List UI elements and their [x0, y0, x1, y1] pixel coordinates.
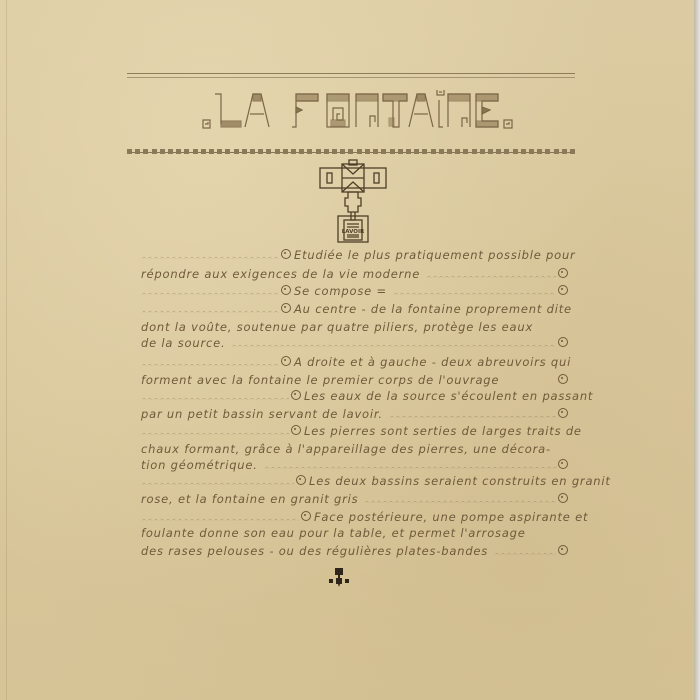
- wavy-trailer: [494, 549, 556, 555]
- wavy-leader: [141, 253, 279, 259]
- top-rule-upper: [127, 73, 575, 74]
- line-text: foulante donne son eau pour la table, et…: [141, 526, 526, 540]
- text-line: Face postérieure, une pompe aspirante et: [141, 508, 571, 524]
- dotted-divider: [127, 147, 575, 155]
- line-text: répondre aux exigences de la vie moderne: [141, 267, 420, 281]
- text-line: tion géométrique.: [141, 456, 571, 472]
- line-text: par un petit bassin servant de lavoir.: [141, 407, 383, 421]
- line-text: Les pierres sont serties de larges trait…: [304, 424, 582, 438]
- wavy-leader: [141, 360, 279, 366]
- text-line: Au centre - de la fontaine proprement di…: [141, 300, 571, 316]
- line-text: Les deux bassins seraient construits en …: [309, 474, 611, 488]
- text-line: des rases pelouses - ou des régulières p…: [141, 542, 571, 558]
- text-line: chaux formant, grâce à l'appareillage de…: [141, 440, 571, 456]
- divider-dots: [127, 149, 575, 154]
- page-title: LA FONTAINE: [200, 90, 545, 135]
- paper-right-edge: [694, 0, 700, 700]
- line-text: A droite et à gauche - deux abreuvoirs q…: [294, 355, 571, 369]
- spiral-flourish-icon: [558, 337, 568, 347]
- text-line: Les pierres sont serties de larges trait…: [141, 422, 571, 438]
- text-line: foulante donne son eau pour la table, et…: [141, 524, 571, 540]
- spiral-flourish-icon: [558, 545, 568, 555]
- fountain-plan-emblem: LAVOIR: [318, 158, 388, 243]
- line-text: Au centre - de la fontaine proprement di…: [294, 302, 572, 316]
- text-line: dont la voûte, soutenue par quatre pilie…: [141, 318, 571, 334]
- wavy-trailer: [364, 497, 556, 503]
- wavy-trailer: [389, 412, 556, 418]
- wavy-trailer: [231, 341, 556, 347]
- line-text: Etudiée le plus pratiquement possible po…: [294, 248, 576, 262]
- spiral-flourish-icon: [291, 390, 301, 400]
- text-line: par un petit bassin servant de lavoir.: [141, 405, 571, 421]
- wavy-trailer: [264, 463, 556, 469]
- line-text: chaux formant, grâce à l'appareillage de…: [141, 442, 551, 456]
- line-text: dont la voûte, soutenue par quatre pilie…: [141, 320, 533, 334]
- text-line: Se compose =: [141, 282, 571, 298]
- emblem-label: LAVOIR: [342, 229, 365, 235]
- text-line: Les eaux de la source s'écoulent en pass…: [141, 387, 571, 403]
- spiral-flourish-icon: [558, 285, 568, 295]
- line-text: Les eaux de la source s'écoulent en pass…: [304, 389, 593, 403]
- spiral-flourish-icon: [301, 511, 311, 521]
- text-line: de la source.: [141, 334, 571, 350]
- spiral-flourish-icon: [558, 493, 568, 503]
- line-text: rose, et la fontaine en granit gris: [141, 492, 358, 506]
- line-text: forment avec la fontaine le premier corp…: [141, 373, 499, 387]
- line-text: de la source.: [141, 336, 225, 350]
- line-text: Face postérieure, une pompe aspirante et: [314, 510, 588, 524]
- top-rule-lower: [127, 77, 575, 78]
- spiral-flourish-icon: [281, 356, 291, 366]
- geometric-title-lettering-icon: [200, 90, 545, 135]
- spiral-flourish-icon: [281, 249, 291, 259]
- spiral-flourish-icon: [558, 268, 568, 278]
- spiral-flourish-icon: [296, 475, 306, 485]
- wavy-leader: [141, 429, 289, 435]
- spiral-flourish-icon: [558, 459, 568, 469]
- line-text: tion géométrique.: [141, 458, 258, 472]
- wavy-leader: [141, 479, 294, 485]
- text-line: rose, et la fontaine en granit gris: [141, 490, 571, 506]
- text-line: Les deux bassins seraient construits en …: [141, 472, 571, 488]
- wavy-leader: [141, 307, 279, 313]
- wavy-leader: [141, 515, 299, 521]
- line-text: Se compose =: [294, 284, 387, 298]
- wavy-leader: [141, 394, 289, 400]
- spiral-flourish-icon: [281, 303, 291, 313]
- cul-de-lampe-icon: [326, 567, 352, 589]
- spiral-flourish-icon: [281, 285, 291, 295]
- wavy-trailer: [426, 272, 556, 278]
- spiral-flourish-icon: [558, 374, 568, 384]
- paper-left-edge: [6, 0, 7, 700]
- text-line: répondre aux exigences de la vie moderne: [141, 265, 571, 281]
- wavy-leader: [141, 289, 279, 295]
- spiral-flourish-icon: [558, 408, 568, 418]
- line-text: des rases pelouses - ou des régulières p…: [141, 544, 488, 558]
- text-line: A droite et à gauche - deux abreuvoirs q…: [141, 353, 571, 369]
- spiral-flourish-icon: [291, 425, 301, 435]
- fountain-plan-icon: LAVOIR: [318, 158, 388, 243]
- text-line: forment avec la fontaine le premier corp…: [141, 371, 571, 387]
- end-ornament: [326, 567, 352, 589]
- wavy-trailer: [393, 289, 556, 295]
- text-line: Etudiée le plus pratiquement possible po…: [141, 246, 571, 262]
